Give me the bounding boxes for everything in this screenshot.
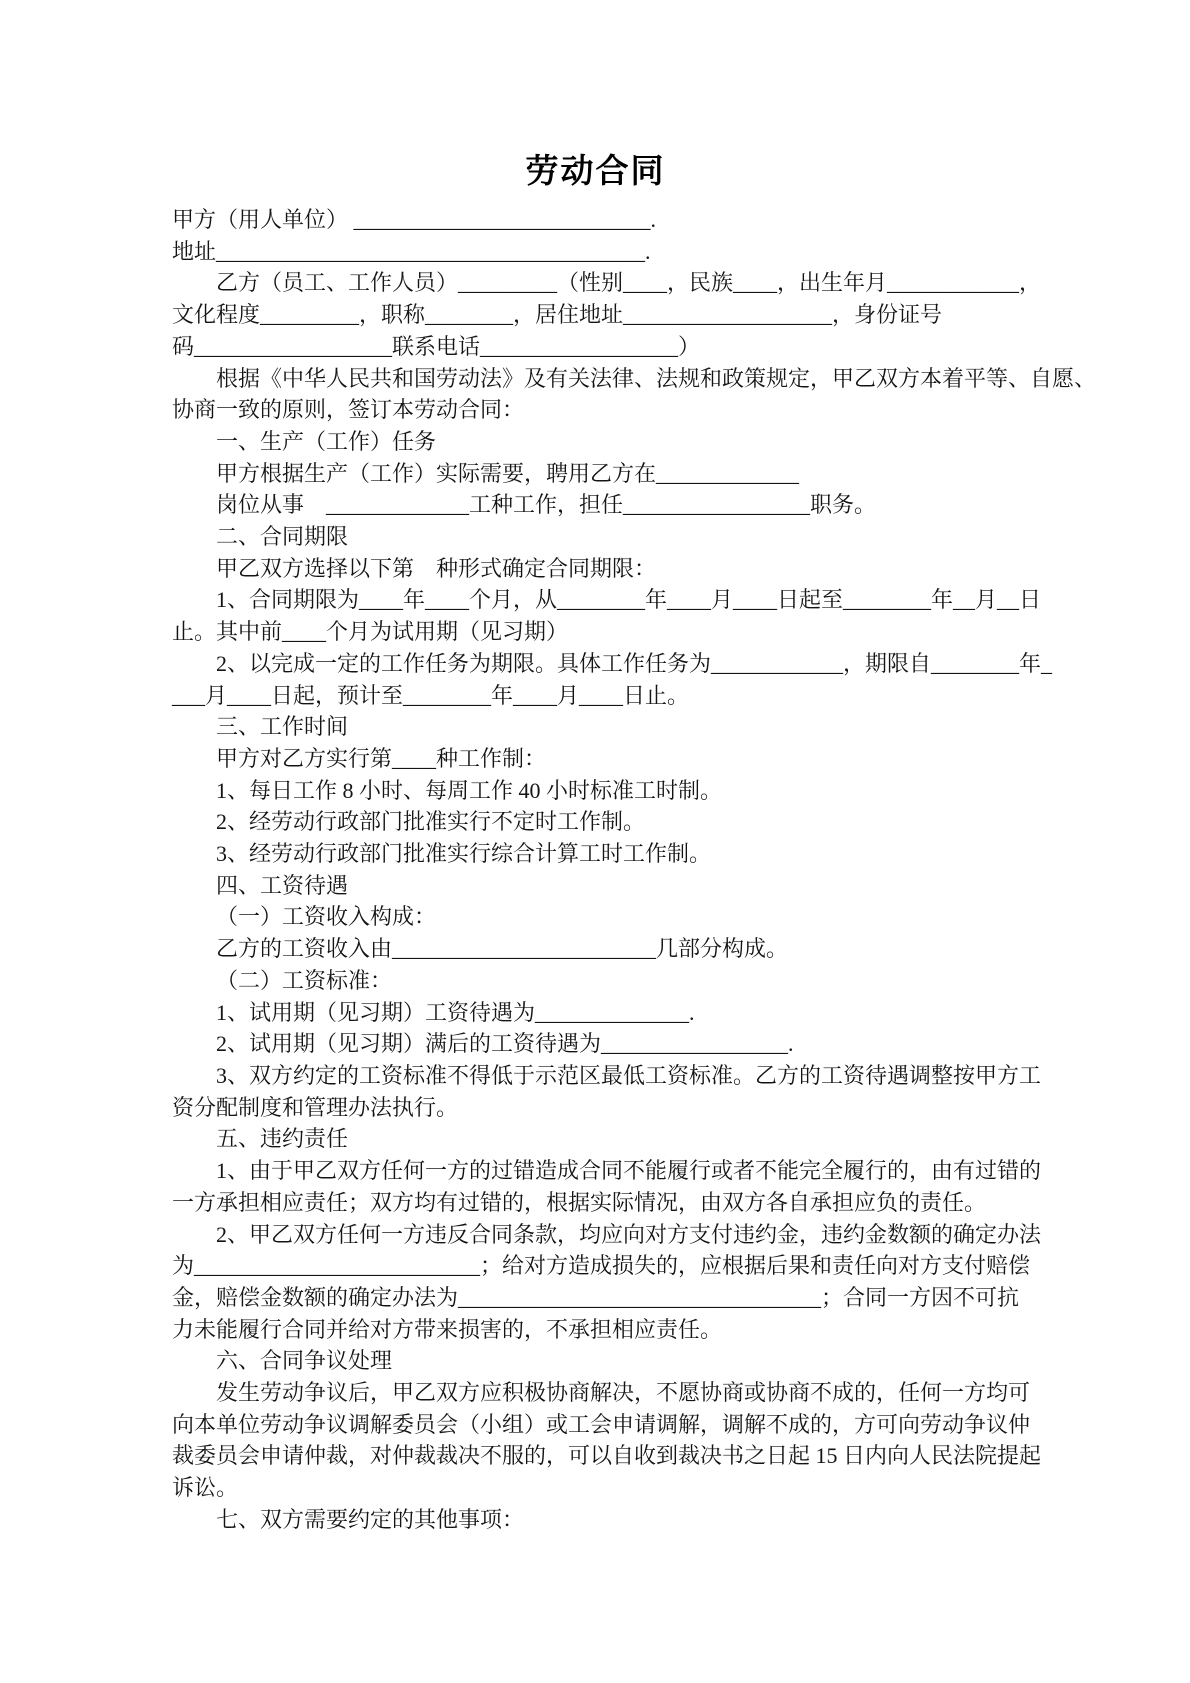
- contract-section-heading: 六、合同争议处理: [172, 1345, 1019, 1377]
- contract-line: 乙方（员工、工作人员）_________（性别____，民族____，出生年月_…: [172, 267, 1019, 299]
- contract-line: 2、以完成一定的工作任务为期限。具体工作任务为____________，期限自_…: [172, 648, 1019, 680]
- contract-line: （一）工资收入构成：: [172, 901, 1019, 933]
- contract-line: 根据《中华人民共和国劳动法》及有关法律、法规和政策规定，甲乙双方本着平等、自愿、: [172, 363, 1019, 395]
- contract-body: 甲方（用人单位） ___________________________. 地址…: [172, 204, 1019, 1536]
- contract-line: 1、由于甲乙双方任何一方的过错造成合同不能履行或者不能完全履行的，由有过错的: [172, 1155, 1019, 1187]
- contract-line: （二）工资标准：: [172, 965, 1019, 997]
- contract-line: 2、试用期（见习期）满后的工资待遇为_________________.: [172, 1028, 1019, 1060]
- contract-line: 3、经劳动行政部门批准实行综合计算工时工作制。: [172, 838, 1019, 870]
- contract-section-heading: 五、违约责任: [172, 1123, 1019, 1155]
- contract-section-heading: 四、工资待遇: [172, 870, 1019, 902]
- contract-line: 码__________________联系电话_________________…: [172, 331, 1019, 363]
- contract-line: 止。其中前____个月为试用期（见习期）: [172, 616, 1019, 648]
- contract-line: 1、试用期（见习期）工资待遇为______________.: [172, 997, 1019, 1029]
- contract-line: 裁委员会申请仲裁，对仲裁裁决不服的，可以自收到裁决书之日起 15 日内向人民法院…: [172, 1440, 1019, 1472]
- contract-line: 3、双方约定的工资标准不得低于示范区最低工资标准。乙方的工资待遇调整按甲方工: [172, 1060, 1019, 1092]
- contract-line: 甲方（用人单位） ___________________________.: [172, 204, 1019, 236]
- contract-line: 甲方对乙方实行第____种工作制：: [172, 743, 1019, 775]
- contract-line: 岗位从事 _____________工种工作，担任_______________…: [172, 489, 1019, 521]
- contract-title: 劳动合同: [172, 148, 1019, 196]
- contract-content: 劳动合同 甲方（用人单位） __________________________…: [172, 148, 1019, 1536]
- contract-line: 协商一致的原则，签订本劳动合同：: [172, 394, 1019, 426]
- contract-line: 文化程度_________，职称________，居住地址___________…: [172, 299, 1019, 331]
- contract-line: 甲方根据生产（工作）实际需要，聘用乙方在_____________: [172, 458, 1019, 490]
- contract-section-heading: 一、生产（工作）任务: [172, 426, 1019, 458]
- contract-line: 诉讼。: [172, 1472, 1019, 1504]
- contract-line: 发生劳动争议后，甲乙双方应积极协商解决，不愿协商或协商不成的，任何一方均可: [172, 1377, 1019, 1409]
- contract-line: 2、经劳动行政部门批准实行不定时工作制。: [172, 806, 1019, 838]
- contract-line: 地址______________________________________…: [172, 236, 1019, 268]
- contract-line: 甲乙双方选择以下第 种形式确定合同期限：: [172, 553, 1019, 585]
- contract-line: ___月____日起，预计至________年____月____日止。: [172, 680, 1019, 712]
- contract-section-heading: 七、双方需要约定的其他事项：: [172, 1504, 1019, 1536]
- contract-line: 为__________________________；给对方造成损失的，应根据…: [172, 1250, 1019, 1282]
- contract-section-heading: 二、合同期限: [172, 521, 1019, 553]
- contract-section-heading: 三、工作时间: [172, 711, 1019, 743]
- contract-line: 2、甲乙双方任何一方违反合同条款，均应向对方支付违约金，违约金数额的确定办法: [172, 1219, 1019, 1251]
- contract-line: 资分配制度和管理办法执行。: [172, 1092, 1019, 1124]
- contract-line: 力未能履行合同并给对方带来损害的，不承担相应责任。: [172, 1314, 1019, 1346]
- contract-line: 1、合同期限为____年____个月，从________年____月____日起…: [172, 584, 1019, 616]
- contract-line: 一方承担相应责任；双方均有过错的，根据实际情况，由双方各自承担应负的责任。: [172, 1187, 1019, 1219]
- contract-line: 金，赔偿金数额的确定办法为___________________________…: [172, 1282, 1019, 1314]
- contract-line: 向本单位劳动争议调解委员会（小组）或工会申请调解，调解不成的，方可向劳动争议仲: [172, 1409, 1019, 1441]
- document-page: 劳动合同 甲方（用人单位） __________________________…: [0, 0, 1190, 1683]
- contract-line: 1、每日工作 8 小时、每周工作 40 小时标准工时制。: [172, 775, 1019, 807]
- contract-line: 乙方的工资收入由________________________几部分构成。: [172, 933, 1019, 965]
